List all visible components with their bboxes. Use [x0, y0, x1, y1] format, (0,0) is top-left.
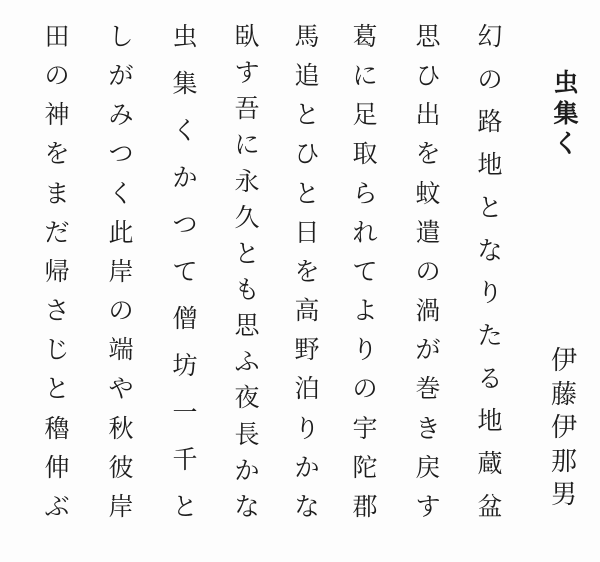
haiku-column-7: しがみつく此岸の端や秋彼岸 — [106, 25, 136, 520]
char: ひ — [294, 142, 319, 167]
char: 陀 — [352, 456, 377, 481]
char: と — [477, 196, 502, 221]
char: か — [234, 459, 259, 484]
char: 野 — [294, 338, 319, 363]
haiku-column-3: 葛に足取られてよりの宇陀郡 — [350, 25, 380, 520]
char: 取 — [352, 142, 377, 167]
char: 路 — [477, 110, 502, 135]
char: 出 — [415, 103, 440, 128]
char: を — [294, 260, 319, 285]
char: 遣 — [415, 221, 440, 246]
char: 虫 — [553, 71, 578, 96]
char: を — [44, 142, 69, 167]
char: に — [234, 133, 259, 158]
char: 吾 — [234, 97, 259, 122]
char: の — [44, 64, 69, 89]
char: 秋 — [108, 417, 133, 442]
char: の — [108, 299, 133, 324]
char: て — [352, 260, 377, 285]
char: 思 — [415, 25, 440, 50]
char: り — [352, 338, 377, 363]
char: が — [108, 64, 133, 89]
haiku-column-8: 田の神をまだ帰さじと穭伸ぶ — [42, 25, 72, 520]
char: と — [234, 242, 259, 267]
char: す — [415, 495, 440, 520]
char: 此 — [108, 221, 133, 246]
char: や — [108, 377, 133, 402]
haiku-column-6: 虫集くかつて僧坊一千と — [170, 25, 200, 520]
author-name: 伊藤伊那男 — [549, 348, 579, 508]
char: 地 — [477, 153, 502, 178]
char: 葛 — [352, 25, 377, 50]
char: つ — [108, 142, 133, 167]
char: に — [352, 64, 377, 89]
char: 幻 — [477, 25, 502, 50]
char: り — [294, 417, 319, 442]
char: 伊 — [551, 348, 577, 374]
char: 渦 — [415, 299, 440, 324]
char: し — [108, 25, 133, 50]
char: 思 — [234, 314, 259, 339]
char: 地 — [477, 409, 502, 434]
char: な — [477, 239, 502, 264]
char: と — [44, 377, 69, 402]
char: 追 — [294, 64, 319, 89]
char: 虫 — [172, 25, 197, 50]
char: 一 — [172, 401, 197, 426]
char: と — [294, 182, 319, 207]
char: を — [415, 142, 440, 167]
char: も — [234, 278, 259, 303]
char: く — [108, 182, 133, 207]
haiku-column-5: 臥す吾に永久とも思ふ夜長かな — [232, 25, 262, 520]
char: き — [415, 417, 440, 442]
char: 僧 — [172, 307, 197, 332]
char: 岸 — [108, 260, 133, 285]
char: 馬 — [294, 25, 319, 50]
char: 集 — [553, 102, 578, 127]
char: か — [294, 456, 319, 481]
char: と — [172, 495, 197, 520]
char: 坊 — [172, 354, 197, 379]
char: れ — [352, 221, 377, 246]
char: 那 — [551, 449, 577, 475]
haiku-page: 虫集く 伊藤伊那男 幻の路地となりたる地蔵盆 思ひ出を蚊遣の渦が巻き戻す 葛に足… — [0, 0, 600, 562]
char: の — [415, 260, 440, 285]
char: な — [234, 495, 259, 520]
char: さ — [44, 299, 69, 324]
char: 集 — [172, 72, 197, 97]
char: 巻 — [415, 377, 440, 402]
char: じ — [44, 338, 69, 363]
char: の — [477, 68, 502, 93]
haiku-column-2: 思ひ出を蚊遣の渦が巻き戻す — [413, 25, 443, 520]
char: 男 — [551, 482, 577, 508]
char: 久 — [234, 206, 259, 231]
char: と — [294, 103, 319, 128]
char: て — [172, 260, 197, 285]
char: 伊 — [551, 415, 577, 441]
char: 永 — [234, 170, 259, 195]
char: 高 — [294, 299, 319, 324]
char: よ — [352, 299, 377, 324]
char: 藤 — [551, 382, 577, 408]
char: 郡 — [352, 495, 377, 520]
char: 長 — [234, 423, 259, 448]
char: な — [294, 495, 319, 520]
char: の — [352, 377, 377, 402]
char: 千 — [172, 448, 197, 473]
char: 戻 — [415, 456, 440, 481]
char: 穭 — [44, 417, 69, 442]
char: 泊 — [294, 377, 319, 402]
char: た — [477, 324, 502, 349]
char: 足 — [352, 103, 377, 128]
char: 蔵 — [477, 452, 502, 477]
char: く — [172, 119, 197, 144]
char: つ — [172, 213, 197, 238]
char: ぶ — [44, 495, 69, 520]
char: 岸 — [108, 495, 133, 520]
char: 盆 — [477, 495, 502, 520]
char: 夜 — [234, 386, 259, 411]
char: く — [553, 132, 578, 157]
char: 日 — [294, 221, 319, 246]
poem-collection-title: 虫集く — [551, 71, 581, 157]
char: か — [172, 166, 197, 191]
char: ふ — [234, 350, 259, 375]
char: ひ — [415, 64, 440, 89]
haiku-column-1: 幻の路地となりたる地蔵盆 — [475, 25, 505, 520]
char: 彼 — [108, 456, 133, 481]
char: す — [234, 61, 259, 86]
char: る — [477, 367, 502, 392]
char: が — [415, 338, 440, 363]
char: ら — [352, 182, 377, 207]
haiku-column-4: 馬追とひと日を高野泊りかな — [292, 25, 322, 520]
char: 帰 — [44, 260, 69, 285]
char: 臥 — [234, 25, 259, 50]
char: 宇 — [352, 417, 377, 442]
char: 伸 — [44, 456, 69, 481]
char: り — [477, 281, 502, 306]
char: 田 — [44, 25, 69, 50]
char: 端 — [108, 338, 133, 363]
char: 神 — [44, 103, 69, 128]
char: 蚊 — [415, 182, 440, 207]
char: だ — [44, 221, 69, 246]
char: み — [108, 103, 133, 128]
char: ま — [44, 182, 69, 207]
